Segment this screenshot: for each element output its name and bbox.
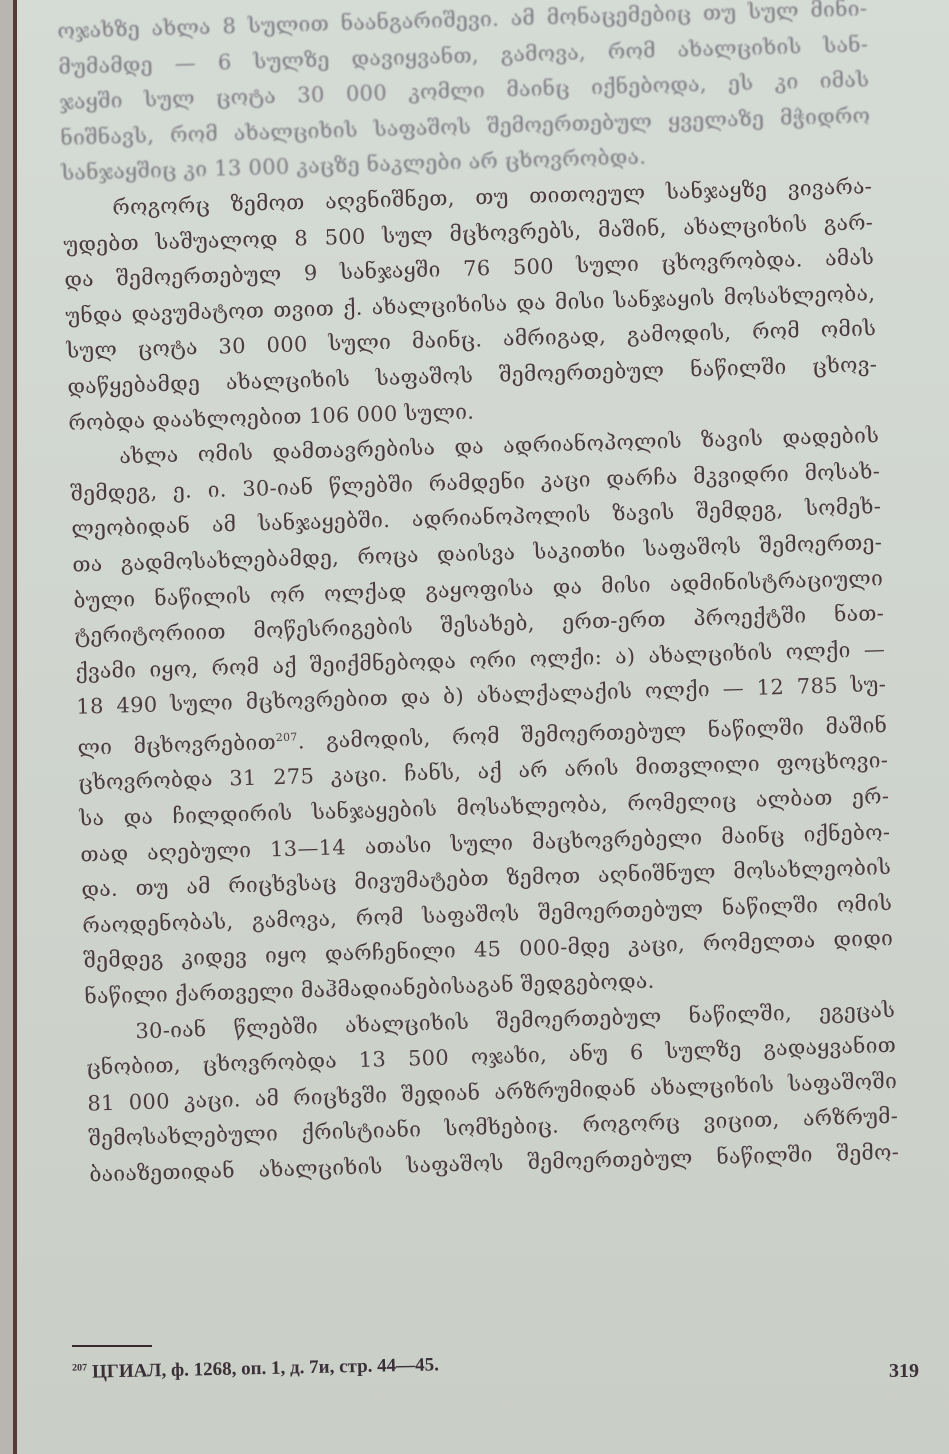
book-page: ოჯახზე ახლა 8 სულით ნაანგარიშევი. ამ მონ…	[17, 0, 949, 1454]
page-number: 319	[889, 1360, 919, 1383]
page-edge	[0, 0, 13, 1454]
footnote-text: ЦГИАЛ, ф. 1268, оп. 1, д. 7и, стр. 44—45…	[92, 1354, 439, 1382]
footnote-separator	[72, 1345, 152, 1347]
footnote-reference: 207	[276, 730, 298, 744]
footnote-marker: 207	[72, 1362, 87, 1373]
footnote: 207 ЦГИАЛ, ф. 1268, оп. 1, д. 7и, стр. 4…	[72, 1354, 439, 1384]
body-text: ოჯახზე ახლა 8 სულით ნაანგარიშევი. ამ მონ…	[57, 0, 900, 1193]
